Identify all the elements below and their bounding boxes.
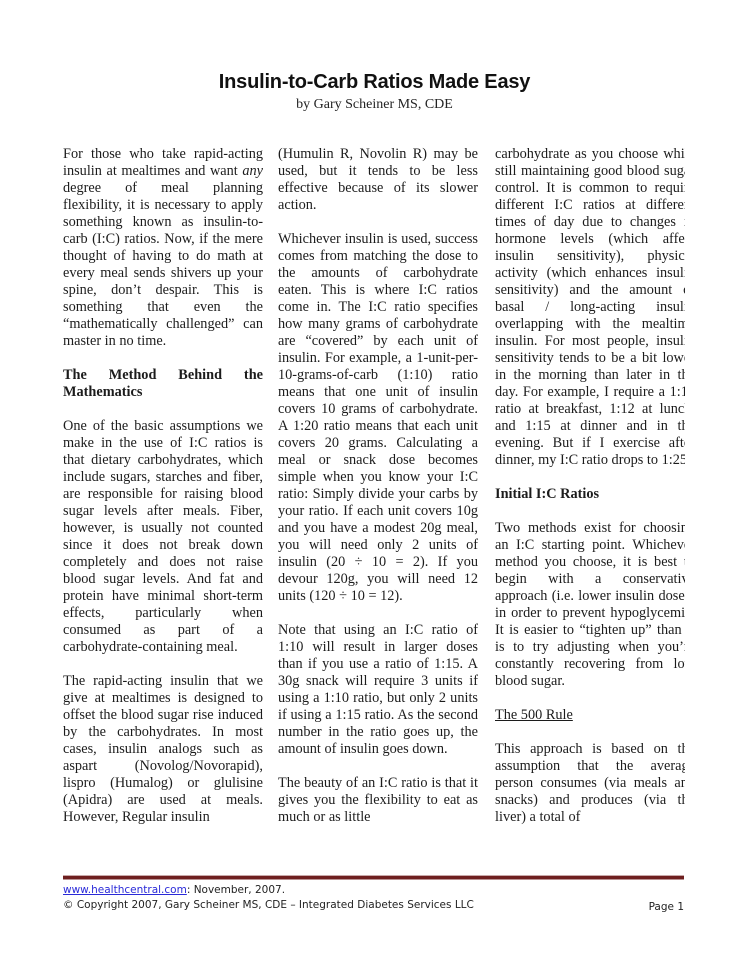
document-title: Insulin-to-Carb Ratios Made Easy <box>0 70 749 94</box>
column-3: carbohydrate as you choose while still m… <box>495 146 685 826</box>
section-heading-method: The Method Behind the Mathematics <box>63 367 263 401</box>
paragraph-regular-insulin: (Humulin R, Novolin R) may be used, but … <box>278 146 478 214</box>
document-byline: by Gary Scheiner MS, CDE <box>0 96 749 114</box>
document-header: Insulin-to-Carb Ratios Made Easy by Gary… <box>0 70 749 114</box>
column-1: For those who take rapid-acting insulin … <box>63 146 263 826</box>
paragraph-beauty: The beauty of an I:C ratio is that it gi… <box>278 775 478 826</box>
paragraph-whichever-insulin: Whichever insulin is used, success comes… <box>278 231 478 605</box>
emphasis-any: any <box>242 163 263 179</box>
footer-source-line: www.healthcentral.com: November, 2007. <box>63 883 684 898</box>
paragraph-rapid-acting: The rapid-acting insulin that we give at… <box>63 673 263 826</box>
paragraph-note-ratio: Note that using an I:C ratio of 1:10 wil… <box>278 622 478 758</box>
subheading-500-rule: The 500 Rule <box>495 707 685 724</box>
footer-divider <box>63 875 684 880</box>
paragraph-500-rule: This approach is based on the assumption… <box>495 741 685 826</box>
page-footer: www.healthcentral.com: November, 2007. ©… <box>63 883 684 913</box>
intro-paragraph: For those who take rapid-acting insulin … <box>63 146 263 350</box>
footer-date: : November, 2007. <box>187 884 285 896</box>
section-heading-initial-ratios: Initial I:C Ratios <box>495 486 685 503</box>
paragraph-two-methods: Two methods exist for choosing an I:C st… <box>495 520 685 690</box>
column-2: (Humulin R, Novolin R) may be used, but … <box>278 146 478 826</box>
healthcentral-link[interactable]: www.healthcentral.com <box>63 884 187 896</box>
footer-copyright: © Copyright 2007, Gary Scheiner MS, CDE … <box>63 898 684 913</box>
article-body: For those who take rapid-acting insulin … <box>63 146 685 868</box>
paragraph-assumptions: One of the basic assumptions we make in … <box>63 418 263 656</box>
page-number: Page 1 <box>649 900 684 915</box>
paragraph-flexibility: carbohydrate as you choose while still m… <box>495 146 685 469</box>
